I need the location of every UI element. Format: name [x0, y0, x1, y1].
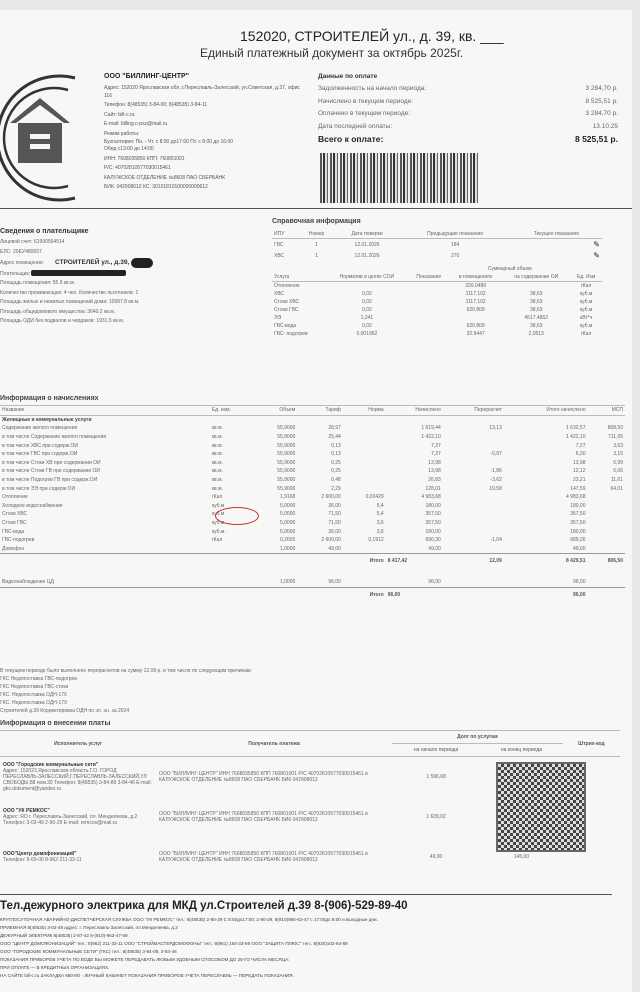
- service-volume-cell: Стоки ХВС: [272, 298, 325, 306]
- charge-cell: 5,0000: [254, 510, 297, 519]
- charge-row: Холодное водоснабжениекуб.м5,000036,005,…: [0, 502, 625, 511]
- charge-cell: 180,00: [504, 502, 588, 511]
- charge-cell: 55,9000: [254, 424, 297, 433]
- charge-cell: [210, 578, 255, 587]
- charge-cell: -0,97: [443, 450, 504, 459]
- charge-row: Видеонаблюдение ЦД1,000096,0096,0096,00: [0, 578, 625, 587]
- charge-cell: 0,2655: [254, 536, 297, 545]
- charge-cell: 11,61: [587, 476, 625, 485]
- service-volume-cell: [408, 322, 449, 330]
- charges-table: НазваниеЕд. изм.ОбъемТарифНормаНачислено…: [0, 405, 625, 602]
- charges-group-row: Жилищные и коммунальные услуги: [0, 415, 625, 424]
- org-address: Адрес: 152020 Ярославская обл.,г.Пересла…: [104, 85, 304, 101]
- charge-cell: ГВС-вода: [0, 527, 210, 536]
- charge-cell: 55,9000: [254, 441, 297, 450]
- charge-cell: [210, 545, 255, 554]
- services-header: Норматив в целях СОИ: [325, 273, 408, 282]
- footer-line: НА САЙТЕ bill-c.ru ЗАКЛАДКА МЕНЮ - ЛИЧНЫ…: [0, 972, 630, 980]
- charge-cell: 147,59: [504, 484, 588, 493]
- meters-table: ИПУНомерДата поверкиПредыдущие показание…: [272, 230, 602, 261]
- charge-cell: 1,9168: [254, 493, 297, 502]
- charge-cell: -3,62: [443, 476, 504, 485]
- charge-cell: [343, 545, 386, 554]
- service-volume-cell: 1117.102: [449, 298, 502, 306]
- charge-cell: [343, 578, 386, 587]
- charge-cell: 13,13: [443, 424, 504, 433]
- charge-row: в том числе Подогрев ГВ при содерж.ОИкв.…: [0, 476, 625, 485]
- service-volume-cell: Стоки ГВС: [272, 306, 325, 314]
- total-msp: 806,50: [587, 554, 625, 569]
- charge-cell: в том числе ХВС при содерж.ОИ: [0, 441, 210, 450]
- org-hours: Бухгалтерия: Пн. - Чт. с 8:00 до17:00 Пт…: [104, 139, 304, 147]
- charge-cell: 1,0000: [254, 578, 297, 587]
- charge-cell: 5,4: [343, 510, 386, 519]
- executor-cell: ООО"Центр домофонизаций"Телефон: 9-65-00…: [0, 837, 156, 877]
- service-volume-cell: ГВС- подогрев: [272, 330, 325, 338]
- total-due-value: 8 525,51 р.: [575, 134, 618, 144]
- total-label: Итого: [0, 554, 386, 569]
- charge-cell: [343, 467, 386, 476]
- charges-header: Норма: [343, 406, 386, 416]
- charge-cell: 4 983,68: [386, 493, 443, 502]
- charge-cell: Видеонаблюдение ЦД: [0, 578, 210, 587]
- service-volume-row: Стоки ГВС0,02620.80938,63куб.м: [272, 306, 602, 314]
- charge-row: ГВС-водакуб.м.5,000036,003,6180,00180,00: [0, 527, 625, 536]
- charge-cell: [443, 527, 504, 536]
- charge-cell: 55,9000: [254, 450, 297, 459]
- charge-row: в том числе Стоки ГВ при содержании ОИкв…: [0, 467, 625, 476]
- charge-cell: в том числе ЭЭ при содерж.ОИ: [0, 484, 210, 493]
- service-volume-cell: 4517.4862: [502, 314, 570, 322]
- org-bank: КАЛУЖСКОЕ ОТДЕЛЕНИЕ №8608 ПАО СБЕРБАНК: [104, 175, 304, 183]
- service-volume-cell: 320.0489: [449, 282, 502, 291]
- meter-cell: 1: [299, 239, 335, 251]
- service-volume-cell: [502, 282, 570, 291]
- charge-cell: [587, 519, 625, 528]
- house-area: Площадь жилых и нежилых помещений дома: …: [0, 298, 262, 308]
- charge-cell: 3,6: [343, 519, 386, 528]
- charge-cell: 128,01: [386, 484, 443, 493]
- recalc-reason: ГКС Недопоставка ГВС-стоки: [0, 683, 620, 691]
- payment-row-value: 8 525,51 р.: [585, 98, 618, 105]
- service-volume-cell: 38,63: [502, 290, 570, 298]
- executor-cell: ООО "Городские коммунальные сети"Адрес: …: [0, 757, 156, 798]
- charge-cell: 55,9000: [254, 484, 297, 493]
- payment-row-label: Дата последней оплаты:: [318, 123, 392, 130]
- payer-account: Лицевой счет: 61990564514: [0, 238, 262, 248]
- services-header: Ед. Изм: [570, 273, 602, 282]
- odi-area: Площадь ОДИ без подвалов и чердаков: 193…: [0, 317, 262, 327]
- total-charged: 8 417,42: [386, 554, 443, 569]
- payment-summary-title: Данные по оплате: [318, 70, 618, 83]
- charge-cell: 3,15: [587, 450, 625, 459]
- charges-info: Информация о начислениях НазваниеЕд. изм…: [0, 395, 625, 602]
- charge-cell: [443, 493, 504, 502]
- meter-cell: ГВС: [272, 239, 299, 251]
- charge-cell: 71,50: [297, 519, 343, 528]
- service-volume-cell: 1,241: [325, 314, 408, 322]
- common-area: Площадь общедомового имущества: 3640.2 к…: [0, 308, 262, 318]
- charge-cell: кв.м.: [210, 484, 255, 493]
- charge-cell: 1 632,57: [504, 424, 588, 433]
- charge-cell: [443, 433, 504, 442]
- meter-cell: 270: [400, 250, 511, 261]
- charge-row: Домофон1,000049,0049,0049,00: [0, 545, 625, 554]
- charge-cell: Содержание жилого помещения: [0, 424, 210, 433]
- charge-cell: 96,00: [297, 578, 343, 587]
- charge-cell: 25,44: [297, 433, 343, 442]
- service-volume-cell: куб.м: [570, 322, 602, 330]
- charge-cell: 1,0000: [254, 545, 297, 554]
- billing-org-info: ООО "БИЛЛИНГ-ЦЕНТР" Адрес: 152020 Яросла…: [104, 72, 304, 194]
- qr-code-image: [496, 762, 586, 852]
- total-total: 8 429,51: [504, 554, 588, 569]
- redacted-name: [31, 270, 126, 276]
- footer-line: ПРИЕМНАЯ 8(48535) 3-02-49 адрес: г. Пере…: [0, 924, 630, 932]
- service-volume-cell: 620.809: [449, 306, 502, 314]
- barcode-image: [320, 153, 478, 203]
- charges-header: Объем: [254, 406, 297, 416]
- charge-cell: в том числе ГВС при содерж.ОИ: [0, 450, 210, 459]
- charges-header: Начислено: [386, 406, 443, 416]
- charge-cell: [343, 484, 386, 493]
- service-volume-cell: 0,02: [325, 290, 408, 298]
- charge-row: Содержание жилого помещениякв.м.55,90002…: [0, 424, 625, 433]
- meter-cell: ✎: [511, 250, 602, 261]
- charge-cell: кв.м.: [210, 450, 255, 459]
- charge-cell: 7,27: [504, 441, 588, 450]
- charge-cell: 689,26: [504, 536, 588, 545]
- pencil-edit-icon[interactable]: ✎: [593, 251, 600, 260]
- charges-header: МСП: [587, 406, 625, 416]
- service-volume-row: Отопление320.0489гКал: [272, 282, 602, 291]
- recalc-reason: ГКС Недопоставка ГВС-подогрев: [0, 675, 620, 683]
- charge-cell: 4 983,68: [504, 493, 588, 502]
- charge-cell: 711,05: [587, 433, 625, 442]
- service-volume-cell: 2,0513: [502, 330, 570, 338]
- recipient-details: ООО "БИЛЛИНГ-ЦЕНТР" ИНН 7608035850 КПП 7…: [156, 757, 392, 798]
- service-volume-cell: куб.м: [570, 298, 602, 306]
- charge-cell: кв.м.: [210, 433, 255, 442]
- charge-cell: 0,13: [297, 441, 343, 450]
- charge-cell: [343, 459, 386, 468]
- service-volume-cell: кВт*ч: [570, 314, 602, 322]
- payment-row-value: 13.10.25: [593, 123, 618, 130]
- payer-info: Сведения о плательщике Лицевой счет: 619…: [0, 225, 262, 327]
- service-volume-cell: 0,001062: [325, 330, 408, 338]
- charge-cell: кв.м.: [210, 441, 255, 450]
- service-volume-cell: Отопление: [272, 282, 325, 291]
- payment-row-label: Задолженность на начало периода:: [318, 85, 426, 92]
- charge-cell: гКал: [210, 536, 255, 545]
- payment-row: Задолженность на начало периода:3 284,70…: [318, 83, 618, 96]
- executor-details: Адрес: 152023,Ярославская область,Г.О. Г…: [3, 768, 153, 792]
- charge-cell: 71,50: [297, 510, 343, 519]
- service-volume-row: ЭЭ1,2414517.4862кВт*ч: [272, 314, 602, 322]
- charge-cell: 13,98: [504, 459, 588, 468]
- charge-row: в том числе ЭЭ при содерж.ОИкв.м.55,9000…: [0, 484, 625, 493]
- charge-cell: 36,00: [297, 502, 343, 511]
- services-header: Услуга: [272, 273, 325, 282]
- charge-cell: гКал: [210, 493, 255, 502]
- org-lunch: Обед с13:00 до 14:00: [104, 146, 304, 154]
- footer-line: ООО "ЦЕНТР ДОМОФОНИЗАЦИЙ" тел.: 8(962) 2…: [0, 940, 630, 948]
- org-hours-label: Режим работы:: [104, 131, 304, 139]
- org-email: E-mail: billing.c-psz@mail.ru: [104, 121, 304, 129]
- charge-cell: 5,4: [343, 502, 386, 511]
- recipient-details: ООО "БИЛЛИНГ-ЦЕНТР" ИНН 7608035850 КПП 7…: [156, 837, 392, 877]
- debt-start: 1 596,68: [392, 757, 480, 798]
- footer-line: ДЕЖУРНЫЙ ЭЛЕКТРИК 8(48535) 2-87-42 8-(91…: [0, 932, 630, 940]
- charge-cell: Холодное водоснабжение: [0, 502, 210, 511]
- charge-row: Стоки ГВСкуб.м5,000071,503,6357,50357,50: [0, 519, 625, 528]
- charge-cell: Отопление: [0, 493, 210, 502]
- payment-recipients-title: Информация о внесении платы: [0, 720, 620, 727]
- org-name: ООО "БИЛЛИНГ-ЦЕНТР": [104, 72, 304, 83]
- charge-cell: 55,9000: [254, 459, 297, 468]
- meter-row: ГВС112.01.2026184✎: [272, 239, 602, 251]
- service-volume-cell: [325, 282, 408, 291]
- payment-row-value: 3 284,70 р.: [585, 110, 618, 117]
- charge-cell: [343, 450, 386, 459]
- charges-title: Информация о начислениях: [0, 395, 625, 402]
- payer-els: ЕЛС: 20ЕУ480657: [0, 248, 262, 258]
- service-volume-cell: [449, 314, 502, 322]
- electrician-phone-headline: Тел.дежурного электрика для МКД ул.Строи…: [0, 900, 630, 912]
- charge-cell: в том числе Стоки ГВ при содержании ОИ: [0, 467, 210, 476]
- executor-details: Адрес: ЯО г. Переславль-Залесский, пл. М…: [3, 814, 153, 826]
- charge-row: в том числе Содержание жилого помещенияк…: [0, 433, 625, 442]
- total-msp: [587, 587, 625, 602]
- service-volume-cell: куб.м: [570, 306, 602, 314]
- charge-cell: -1,86: [443, 467, 504, 476]
- recalc-reason: ГКС. Недопоставка ОДН-179: [0, 699, 620, 707]
- charge-cell: Домофон: [0, 545, 210, 554]
- charge-cell: 357,50: [386, 510, 443, 519]
- charges-group-label: Жилищные и коммунальные услуги: [0, 415, 625, 424]
- charge-row: в том числе ГВС при содерж.ОИкв.м.55,900…: [0, 450, 625, 459]
- payer-info-title: Сведения о плательщике: [0, 225, 262, 238]
- charge-cell: 96,00: [386, 578, 443, 587]
- total-due-label: Всего к оплате:: [318, 134, 383, 144]
- charge-cell: 0,13: [297, 450, 343, 459]
- service-volume-cell: [408, 314, 449, 322]
- charge-cell: [587, 545, 625, 554]
- charge-cell: в том числе Содержание жилого помещения: [0, 433, 210, 442]
- charge-cell: кв.м.: [210, 424, 255, 433]
- service-volume-cell: [408, 298, 449, 306]
- charge-cell: 7,27: [386, 450, 443, 459]
- charge-cell: в том числе Стоки ХВ при содержании ОИ: [0, 459, 210, 468]
- charge-cell: 64,01: [587, 484, 625, 493]
- service-volume-cell: 38,63: [502, 322, 570, 330]
- charge-cell: кв.м.: [210, 476, 255, 485]
- charges-header: Ед. изм.: [210, 406, 255, 416]
- charge-cell: 13,98: [386, 459, 443, 468]
- service-volume-cell: 620.809: [449, 322, 502, 330]
- service-volume-cell: ЭЭ: [272, 314, 325, 322]
- charge-row: Стоки ХВСкуб.м5,000071,505,4357,50357,50: [0, 510, 625, 519]
- document-title: Единый платежный документ за октябрь 202…: [200, 46, 463, 60]
- footer-line: ООО "ГОРОДСКИЕ КОММУНАЛЬНЫЕ СЕТИ" (ГКС) …: [0, 948, 630, 956]
- payer-residents: Количество проживающих: 4 чел. Количеств…: [0, 289, 262, 299]
- charge-cell: [343, 424, 386, 433]
- charge-row: ОтоплениегКал1,91682 600,000,034294 983,…: [0, 493, 625, 502]
- footer-line: ПОКАЗАНИЯ ПРИБОРОВ УЧЕТА ПО ВОДЕ ВЫ МОЖЕ…: [0, 956, 630, 964]
- charge-cell: 1 422,10: [386, 433, 443, 442]
- recalculation-info: В текущем периоде было выполнено перерас…: [0, 667, 620, 715]
- charge-cell: 55,9000: [254, 467, 297, 476]
- service-volume-cell: [408, 290, 449, 298]
- charge-cell: 2 600,00: [297, 493, 343, 502]
- charge-cell: [343, 476, 386, 485]
- charge-cell: [587, 578, 625, 587]
- charge-cell: [443, 441, 504, 450]
- recipient-details: ООО "БИЛЛИНГ-ЦЕНТР" ИНН 7608035850 КПП 7…: [156, 797, 392, 837]
- meters-header: Дата поверки: [335, 230, 400, 239]
- meters-header: ИПУ: [272, 230, 299, 239]
- charge-cell: 690,30: [386, 536, 443, 545]
- services-header: в помещениях: [449, 273, 502, 282]
- charge-cell: 2,29: [297, 484, 343, 493]
- charge-cell: Стоки ГВС: [0, 519, 210, 528]
- total-recalc: 12,09: [443, 554, 504, 569]
- meter-cell: ХВС: [272, 250, 299, 261]
- property-address-title: 152020, СТРОИТЕЛЕЙ ул., д. 39, кв. ___: [240, 28, 504, 44]
- charge-cell: 6,30: [504, 450, 588, 459]
- meter-cell: 1: [299, 250, 335, 261]
- charge-cell: 96,00: [504, 578, 588, 587]
- charge-cell: [587, 502, 625, 511]
- charge-cell: 6,06: [587, 467, 625, 476]
- service-volume-cell: 0,02: [325, 322, 408, 330]
- recalc-intro: В текущем периоде было выполнено перерас…: [0, 667, 620, 675]
- services-header: на содержание ОИ: [502, 273, 570, 282]
- charge-cell: [443, 502, 504, 511]
- service-volume-cell: [408, 330, 449, 338]
- charge-cell: 28,97: [297, 424, 343, 433]
- charges-total-row: Итого96,0096,00: [0, 587, 625, 602]
- reference-info: Справочная информация ИПУНомерДата повер…: [272, 218, 602, 338]
- service-volume-cell: 38,63: [502, 306, 570, 314]
- redacted-apartment: [131, 258, 153, 268]
- charge-cell: 49,00: [504, 545, 588, 554]
- service-volume-row: Стоки ХВС0,021117.10238,63куб.м: [272, 298, 602, 306]
- charge-cell: кв.м.: [210, 467, 255, 476]
- spacer-row: [0, 568, 625, 578]
- payment-row: Дата последней оплаты:13.10.25: [318, 120, 618, 133]
- charge-cell: в том числе Подогрев ГВ при содерж.ОИ: [0, 476, 210, 485]
- hand-drawn-circle-annotation: [215, 507, 259, 525]
- charge-cell: 1 619,44: [386, 424, 443, 433]
- charge-cell: 357,50: [386, 519, 443, 528]
- charge-cell: 7,27: [386, 441, 443, 450]
- charge-cell: Стоки ХВС: [0, 510, 210, 519]
- service-volume-cell: 38,63: [502, 298, 570, 306]
- meters-header: Предыдущие показание: [400, 230, 511, 239]
- charge-cell: 55,9000: [254, 476, 297, 485]
- charge-cell: 2 600,00: [297, 536, 343, 545]
- house-logo-icon: [0, 68, 90, 208]
- payment-row: Оплачено в текущем периоде:3 284,70 р.: [318, 108, 618, 121]
- total-recalc: [443, 587, 504, 602]
- meter-cell: 184: [400, 239, 511, 251]
- executor-cell: ООО "УК РЕМКОС"Адрес: ЯО г. Переславль-З…: [0, 797, 156, 837]
- footer-contacts: Тел.дежурного электрика для МКД ул.Строи…: [0, 900, 630, 980]
- service-volume-cell: 32.9447: [449, 330, 502, 338]
- charge-cell: 180,00: [504, 527, 588, 536]
- pencil-edit-icon[interactable]: ✎: [593, 240, 600, 249]
- total-charged: 96,00: [386, 587, 443, 602]
- org-inn: ИНН: 7608035850 КПП: 760801001: [104, 156, 304, 164]
- charge-cell: [443, 459, 504, 468]
- payer-address-row: Адрес помещения: СТРОИТЕЛЕЙ ул., д.39,: [0, 257, 262, 269]
- charge-cell: 5,0000: [254, 519, 297, 528]
- service-volume-cell: 0,02: [325, 298, 408, 306]
- charges-header: Название: [0, 406, 210, 416]
- payment-summary: Данные по оплате Задолженность на начало…: [318, 70, 618, 145]
- charge-cell: 0,48: [297, 476, 343, 485]
- total-total: 96,00: [504, 587, 588, 602]
- payer-name-row: Плательщик:: [0, 270, 262, 280]
- service-volume-row: ГВС- подогрев0,00106232.94472,0513гКал: [272, 330, 602, 338]
- debt-start: 1 639,02: [392, 797, 480, 837]
- meters-header: Текущее показание: [511, 230, 602, 239]
- meters-header: Номер: [299, 230, 335, 239]
- charge-cell: -1,04: [443, 536, 504, 545]
- charge-cell: ГВС-подогрев: [0, 536, 210, 545]
- charge-cell: 180,00: [386, 527, 443, 536]
- payment-row-label: Начислено в текущем периоде:: [318, 98, 413, 105]
- charge-cell: [443, 578, 504, 587]
- charge-cell: [343, 441, 386, 450]
- charge-cell: 0,25: [297, 459, 343, 468]
- meter-cell: ✎: [511, 239, 602, 251]
- charges-header: Итого начислено: [504, 406, 588, 416]
- charge-row: ГВС-подогревгКал0,26552 600,000,1912690,…: [0, 536, 625, 545]
- charge-cell: 808,50: [587, 424, 625, 433]
- charge-cell: [587, 536, 625, 545]
- charge-cell: 357,50: [504, 510, 588, 519]
- service-volume-cell: [408, 306, 449, 314]
- service-volume-row: ХВС0,021117.10238,63куб.м: [272, 290, 602, 298]
- charges-header: Тариф: [297, 406, 343, 416]
- charge-cell: 26,83: [386, 476, 443, 485]
- charge-cell: 55,9000: [254, 433, 297, 442]
- org-phone: Телефон: 8(48535) 3-84-00; 8(48535) 3-84…: [104, 102, 304, 110]
- charge-cell: 5,0000: [254, 527, 297, 536]
- charges-total-row: Итого8 417,4212,098 429,51806,50: [0, 554, 625, 569]
- charge-row: в том числе Стоки ХВ при содержании ОИкв…: [0, 459, 625, 468]
- charge-cell: 12,12: [504, 467, 588, 476]
- total-due-row: Всего к оплате: 8 525,51 р.: [318, 133, 618, 146]
- charge-cell: 49,00: [297, 545, 343, 554]
- service-volume-cell: гКал: [570, 330, 602, 338]
- recalc-reason: Строителей д.39 Корректировка ОДН по эл.…: [0, 707, 620, 715]
- payment-row-label: Оплачено в текущем периоде:: [318, 110, 410, 117]
- charge-cell: 0,03429: [343, 493, 386, 502]
- divider: [0, 894, 612, 895]
- service-volume-cell: гКал: [570, 282, 602, 291]
- charge-cell: 19,58: [443, 484, 504, 493]
- footer-line: ПРИ ОПЛАТЕ — В КРЕДИТНЫХ ОРГАНИЗАЦИЯХ.: [0, 964, 630, 972]
- charge-row: в том числе ХВС при содерж.ОИкв.м.55,900…: [0, 441, 625, 450]
- charge-cell: 357,50: [504, 519, 588, 528]
- charge-cell: 3,63: [587, 441, 625, 450]
- meter-cell: 12.01.2026: [335, 250, 400, 261]
- payment-document: 152020, СТРОИТЕЛЕЙ ул., д. 39, кв. ___ Е…: [0, 10, 632, 992]
- charge-cell: 6,99: [587, 459, 625, 468]
